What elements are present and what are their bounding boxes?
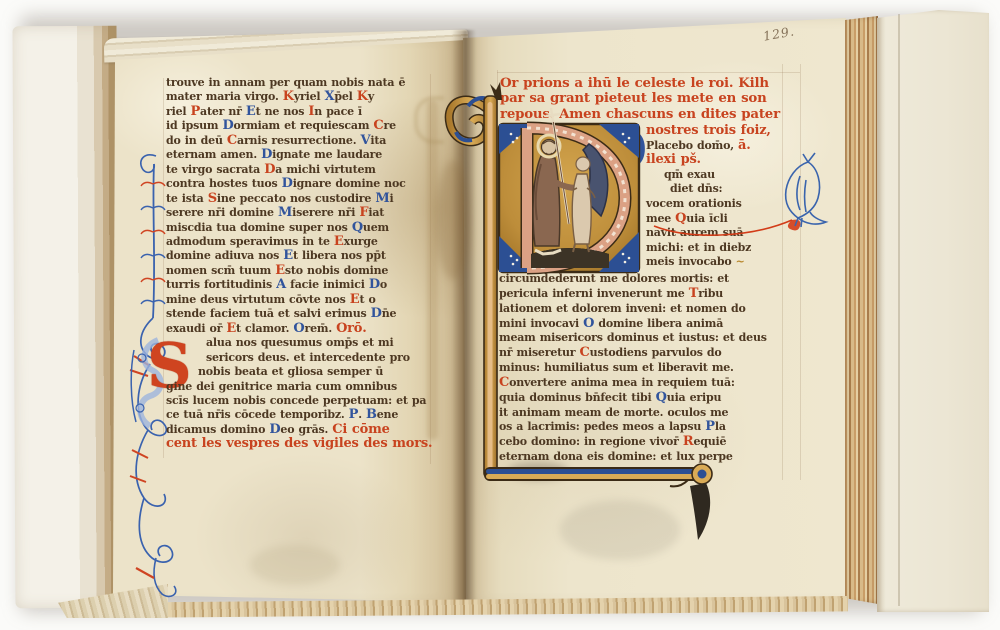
- text-line: contra hostes tuos Dignare domine noc: [166, 177, 438, 191]
- ruling-line: [497, 72, 800, 73]
- text-line: miscdia tua domine super nos Quem: [166, 221, 438, 235]
- text-line: cent les vespres des vigiles des mors.: [166, 437, 438, 451]
- text-line: nomen scm̄ tuum Esto nobis domine: [166, 264, 438, 278]
- text-line: sericors deus. et intercedente pro: [166, 351, 438, 365]
- text-line: serere nr̄i domine Miserere nr̄i Fiat: [166, 206, 438, 220]
- text-line: alua nos quesumus omp̄s et mi: [166, 336, 438, 350]
- left-cover-edge: [12, 26, 119, 609]
- text-line: do in deū Carnis resurrectione. Vita: [166, 134, 438, 148]
- text-line: ce tuā nr̄is cōcede temporibz. P. Bene: [166, 408, 438, 422]
- text-line: mine deus virtutum cōvte nos Et o: [166, 293, 438, 307]
- margin-bird-doodle: [640, 150, 840, 242]
- historiated-initial-d-miniature: [497, 104, 643, 276]
- text-line: scīs lucem nobis concede perpetuam: et p…: [166, 394, 438, 408]
- text-line: gine dei genitrice maria cum omnibus: [166, 380, 438, 394]
- text-line: eternam amen. Dignate me laudare: [166, 148, 438, 162]
- parchment-stain: [250, 545, 340, 585]
- text-line: nobis beata et gliosa semper ū: [166, 365, 438, 379]
- text-line: te ista Sine peccato nos custodire Mi: [166, 192, 438, 206]
- text-line: stende faciem tuā et salvi erimus Dn̄e: [166, 307, 438, 321]
- flyleaf-crease: [898, 14, 900, 606]
- left-page-text: trouve in annam per quam nobis nata ēmat…: [166, 76, 438, 452]
- text-line: admodum speravimus in te Exurge: [166, 235, 438, 249]
- text-line: id ipsum Dormiam et requiescam Cre: [166, 119, 438, 133]
- text-line: turris fortitudinis A facie inimici Do: [166, 278, 438, 292]
- text-line: exaudi or̄ Et clamor. Orem̄. Orō.: [166, 322, 438, 336]
- text-line: mater maria virgo. Kyriel Xp̄el Ky: [166, 90, 438, 104]
- text-line: domine adiuva nos Et libera nos pp̄t: [166, 249, 438, 263]
- right-flyleaf: [877, 10, 989, 612]
- text-line: trouve in annam per quam nobis nata ē: [166, 76, 438, 90]
- fore-edge-page-stack: [845, 16, 878, 604]
- text-line: dicamus domino Deo grās. Ci cōme: [166, 423, 438, 437]
- text-line: te virgo sacrata Da michi virtutem: [166, 163, 438, 177]
- text-line: riel Pater nr̄ Et ne nos In pace ī: [166, 105, 438, 119]
- manuscript-photo: 129. S trouve in annam per quam nobis na…: [0, 0, 1000, 630]
